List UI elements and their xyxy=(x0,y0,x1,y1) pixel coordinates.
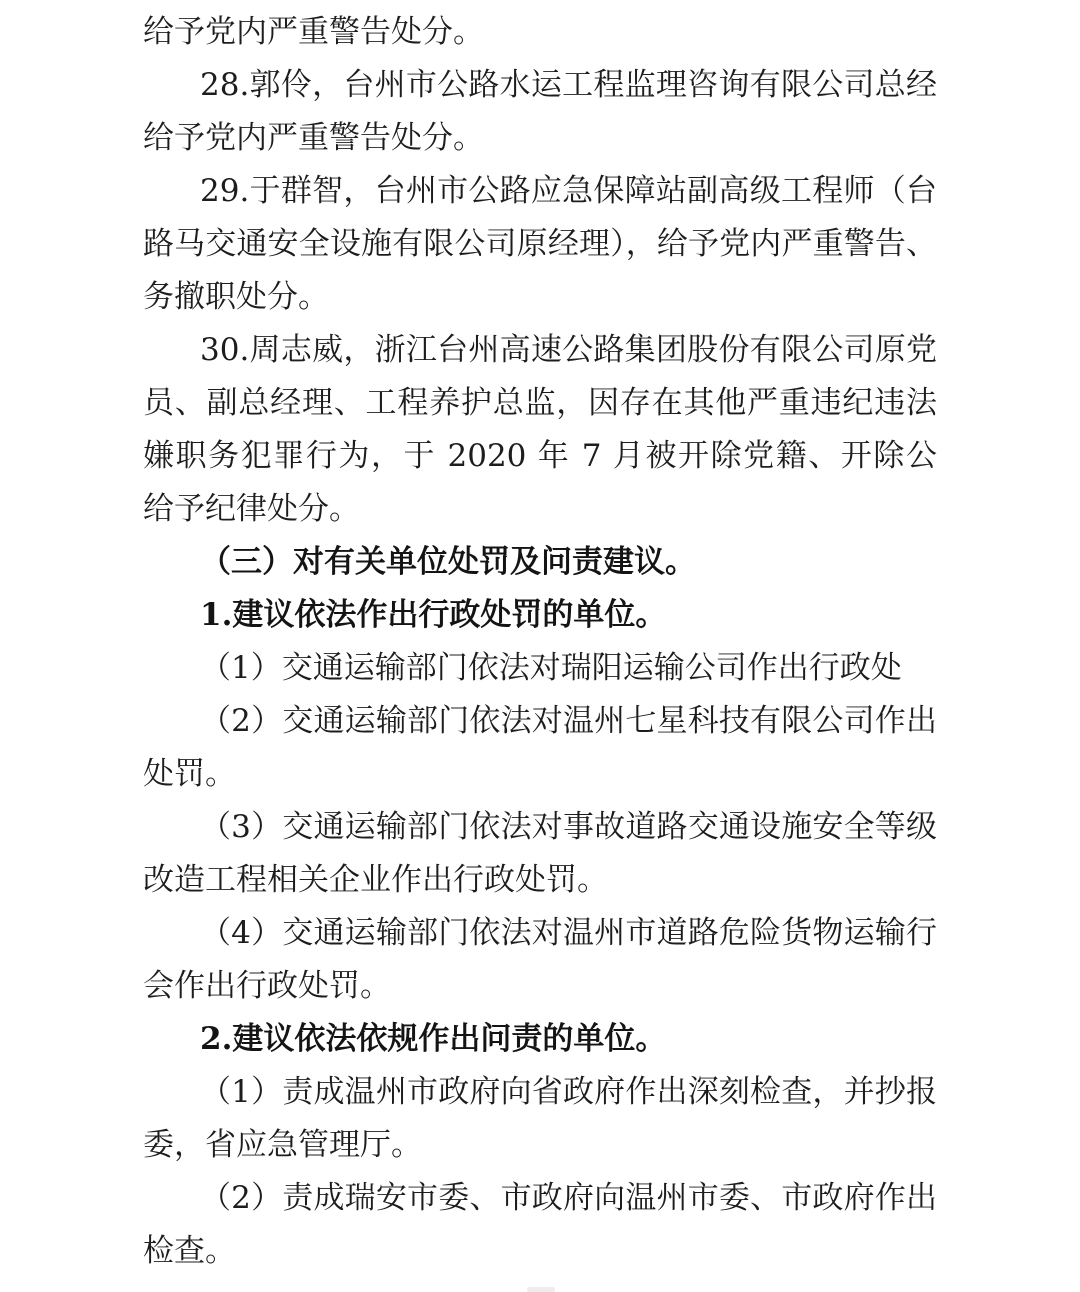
document-page: 给予党内严重警告处分。28.郭伶，台州市公路水运工程监理咨询有限公司总经理，给予… xyxy=(0,0,1080,1292)
document-body: 给予党内严重警告处分。28.郭伶，台州市公路水运工程监理咨询有限公司总经理，给予… xyxy=(143,6,937,1278)
body-text-line: 委，省应急管理厅。 xyxy=(143,1119,937,1172)
body-text-line: 务撤职处分。 xyxy=(143,271,937,324)
body-text-line: （2）交通运输部门依法对温州七星科技有限公司作出行政 xyxy=(143,695,937,748)
body-text-line: 改造工程相关企业作出行政处罚。 xyxy=(143,854,937,907)
section-heading-line: 2.建议依法依规作出问责的单位。 xyxy=(143,1013,937,1066)
body-text-line: 路马交通安全设施有限公司原经理），给予党内严重警告、政 xyxy=(143,218,937,271)
body-text-line: 29.于群智，台州市公路应急保障站副高级工程师（台州市 xyxy=(143,165,937,218)
body-text-line: 处罚。 xyxy=(143,748,937,801)
body-text-line: 30.周志威，浙江台州高速公路集团股份有限公司原党委委 xyxy=(143,324,937,377)
body-text-line: 给予纪律处分。 xyxy=(143,483,937,536)
body-text-line: （1）交通运输部门依法对瑞阳运输公司作出行政处罚。 xyxy=(143,642,937,695)
body-text-line: （2）责成瑞安市委、市政府向温州市委、市政府作出深刻 xyxy=(143,1172,937,1225)
body-text-line: 给予党内严重警告处分。 xyxy=(143,6,937,59)
body-text-line: 嫌职务犯罪行为，于 2020 年 7 月被开除党籍、开除公职，不再 xyxy=(143,430,937,483)
body-text-line: 给予党内严重警告处分。 xyxy=(143,112,937,165)
body-text-line: 检查。 xyxy=(143,1225,937,1278)
section-heading-line: （三）对有关单位处罚及问责建议。 xyxy=(143,536,937,589)
body-text-line: （1）责成温州市政府向省政府作出深刻检查，并抄报省监 xyxy=(143,1066,937,1119)
body-text-line: （3）交通运输部门依法对事故道路交通设施安全等级提升 xyxy=(143,801,937,854)
body-text-line: 员、副总经理、工程养护总监，因存在其他严重违纪违法并涉 xyxy=(143,377,937,430)
body-text-line: （4）交通运输部门依法对温州市道路危险货物运输行业协 xyxy=(143,907,937,960)
body-text-line: 会作出行政处罚。 xyxy=(143,960,937,1013)
page-number-smudge xyxy=(527,1287,555,1292)
section-heading-line: 1.建议依法作出行政处罚的单位。 xyxy=(143,589,937,642)
body-text-line: 28.郭伶，台州市公路水运工程监理咨询有限公司总经理， xyxy=(143,59,937,112)
